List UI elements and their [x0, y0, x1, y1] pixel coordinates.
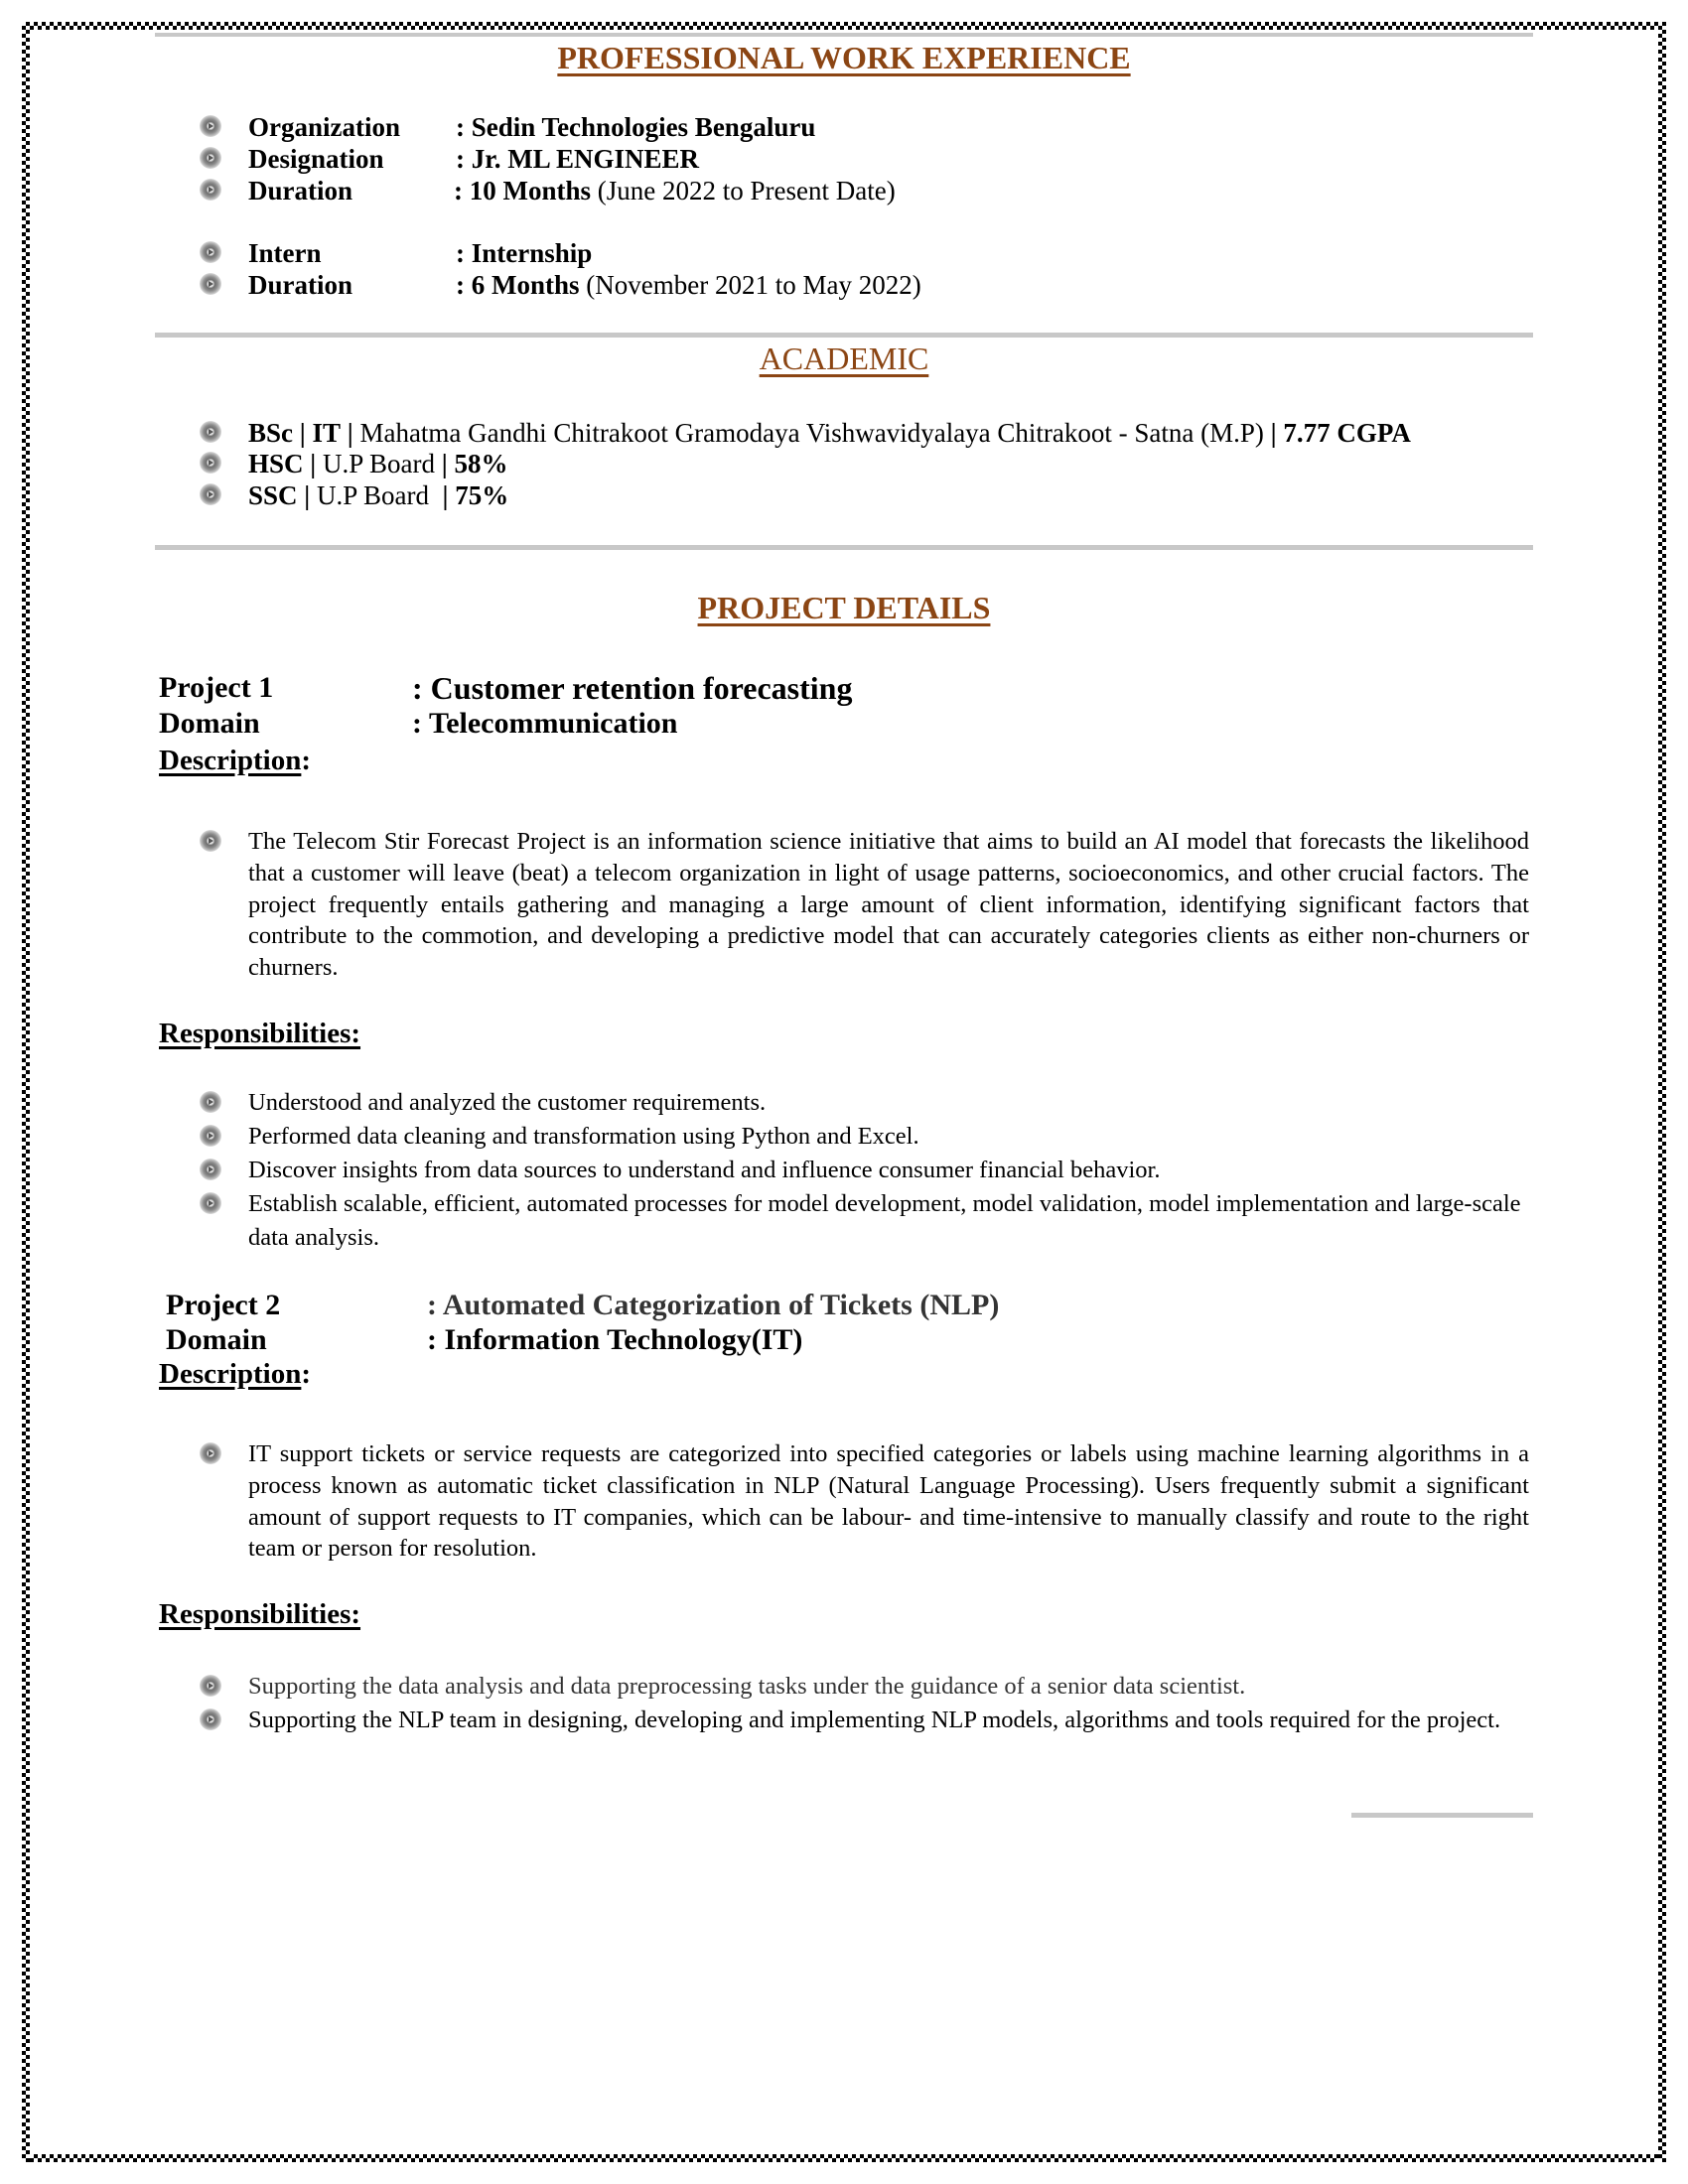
bullet-icon: [200, 1159, 221, 1180]
bullet-icon: [200, 1675, 221, 1697]
bullet-icon: [200, 273, 221, 295]
description-heading: Description:: [159, 1358, 311, 1391]
academic-degree: BSc: [248, 418, 293, 448]
work-row-value: : Jr. ML ENGINEER: [456, 143, 699, 175]
bullet-icon: [200, 1125, 221, 1147]
divider: [155, 545, 1533, 550]
project-description: The Telecom Stir Forecast Project is an …: [248, 826, 1529, 984]
bullet-icon: [200, 1708, 221, 1730]
work-row-value: : Sedin Technologies Bengaluru: [456, 111, 815, 143]
responsibility-item: Understood and analyzed the customer req…: [248, 1086, 1529, 1120]
academic-degree: SSC: [248, 480, 298, 510]
bullet-icon: [200, 1192, 221, 1214]
responsibilities-heading: Responsibilities:: [159, 1018, 360, 1050]
academic-item-text: BSc | IT | Mahatma Gandhi Chitrakoot Gra…: [248, 417, 1411, 449]
section-heading-academic: ACADEMIC: [0, 341, 1688, 377]
bullet-icon: [200, 179, 221, 201]
domain-label: Domain: [166, 1322, 267, 1358]
academic-score: 58%: [454, 449, 507, 478]
work-row-value-main: : Sedin Technologies Bengaluru: [456, 112, 815, 142]
academic-item-text: HSC | U.P Board | 58%: [248, 448, 507, 479]
project-title: : Automated Categorization of Tickets (N…: [427, 1288, 999, 1323]
bullet-icon: [200, 830, 221, 852]
academic-score: 75%: [455, 480, 508, 510]
work-row-value: : 6 Months (November 2021 to May 2022): [456, 269, 921, 301]
bullet-icon: [200, 1091, 221, 1113]
academic-institution: Mahatma Gandhi Chitrakoot Gramodaya Vish…: [359, 418, 1263, 448]
work-row-label: Intern: [248, 237, 322, 269]
bullet-icon: [200, 421, 221, 443]
domain-value: : Information Technology(IT): [427, 1322, 802, 1358]
work-row-value-main: : Jr. ML ENGINEER: [456, 144, 699, 174]
bullet-icon: [200, 241, 221, 263]
page-border-bottom: [22, 2154, 1666, 2162]
work-row-value-detail: (November 2021 to May 2022): [580, 270, 921, 300]
section-heading-work-experience: PROFESSIONAL WORK EXPERIENCE: [0, 40, 1688, 76]
section-heading-project-details: PROJECT DETAILS: [0, 590, 1688, 626]
divider: [155, 333, 1533, 338]
work-row-label: Designation: [248, 143, 384, 175]
domain-value: : Telecommunication: [412, 706, 678, 742]
academic-score: 7.77 CGPA: [1283, 418, 1411, 448]
project-description: IT support tickets or service requests a…: [248, 1438, 1529, 1565]
divider-end: [1351, 1813, 1533, 1818]
work-row-value: : Internship: [456, 237, 592, 269]
responsibility-item: Supporting the data analysis and data pr…: [248, 1670, 1529, 1704]
bullet-icon: [200, 452, 221, 474]
work-row-value-detail: (June 2022 to Present Date): [591, 176, 896, 205]
project-title: : Customer retention forecasting: [412, 670, 852, 706]
responsibility-item: Discover insights from data sources to u…: [248, 1154, 1529, 1187]
academic-item-text: SSC | U.P Board | 75%: [248, 479, 508, 511]
page-border-top: [22, 22, 1666, 30]
responsibility-item: Establish scalable, efficient, automated…: [248, 1187, 1529, 1254]
work-row-value-main: : 6 Months: [456, 270, 580, 300]
responsibilities-heading: Responsibilities:: [159, 1598, 360, 1631]
work-row-value-main: : 10 Months: [454, 176, 591, 205]
bullet-icon: [200, 1442, 221, 1464]
work-row-label: Duration: [248, 175, 352, 206]
work-row-label: Organization: [248, 111, 400, 143]
divider-top: [155, 33, 1533, 37]
academic-degree: HSC: [248, 449, 304, 478]
academic-institution: U.P Board: [317, 480, 436, 510]
bullet-icon: [200, 483, 221, 505]
bullet-icon: [200, 147, 221, 169]
work-row-label: Duration: [248, 269, 352, 301]
academic-field: IT: [312, 418, 341, 448]
responsibility-item: Performed data cleaning and transformati…: [248, 1120, 1529, 1154]
description-heading: Description:: [159, 745, 311, 777]
project-label: Project 1: [159, 670, 273, 706]
domain-label: Domain: [159, 706, 260, 742]
project-label: Project 2: [166, 1288, 280, 1323]
work-row-value-main: : Internship: [456, 238, 592, 268]
academic-institution: U.P Board: [323, 449, 435, 478]
responsibility-item: Supporting the NLP team in designing, de…: [248, 1704, 1519, 1737]
work-row-value: : 10 Months (June 2022 to Present Date): [454, 175, 896, 206]
bullet-icon: [200, 115, 221, 137]
